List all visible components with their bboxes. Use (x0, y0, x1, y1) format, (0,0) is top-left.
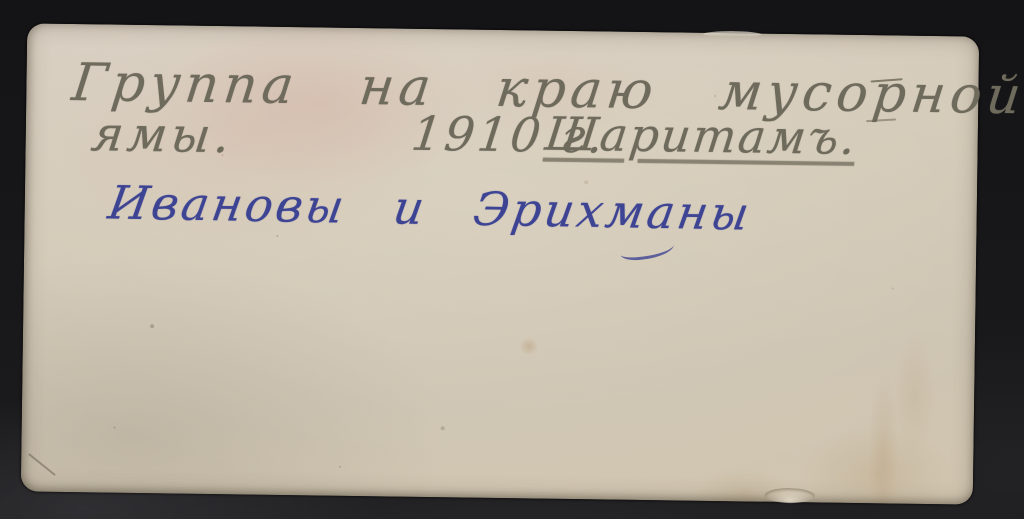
dark-backdrop: Группа на краю мусорной ямы. 1910 г. Шар… (0, 0, 1024, 519)
corner-crease (28, 453, 55, 475)
top-edge-nick (703, 31, 761, 37)
photo-card-back: Группа на краю мусорной ямы. 1910 г. Шар… (21, 23, 979, 504)
ink-flourish-stroke (619, 237, 675, 263)
paper-specks (27, 23, 29, 25)
ink-inscription-names: Ивановы и Эрихманы (105, 179, 755, 236)
pencil-stray-marks (862, 119, 902, 146)
bottom-edge-dent (765, 488, 815, 504)
pencil-inscription-line2-place: Шаритамъ. (543, 111, 860, 161)
pencil-inscription-line2-word: ямы. (89, 110, 237, 160)
